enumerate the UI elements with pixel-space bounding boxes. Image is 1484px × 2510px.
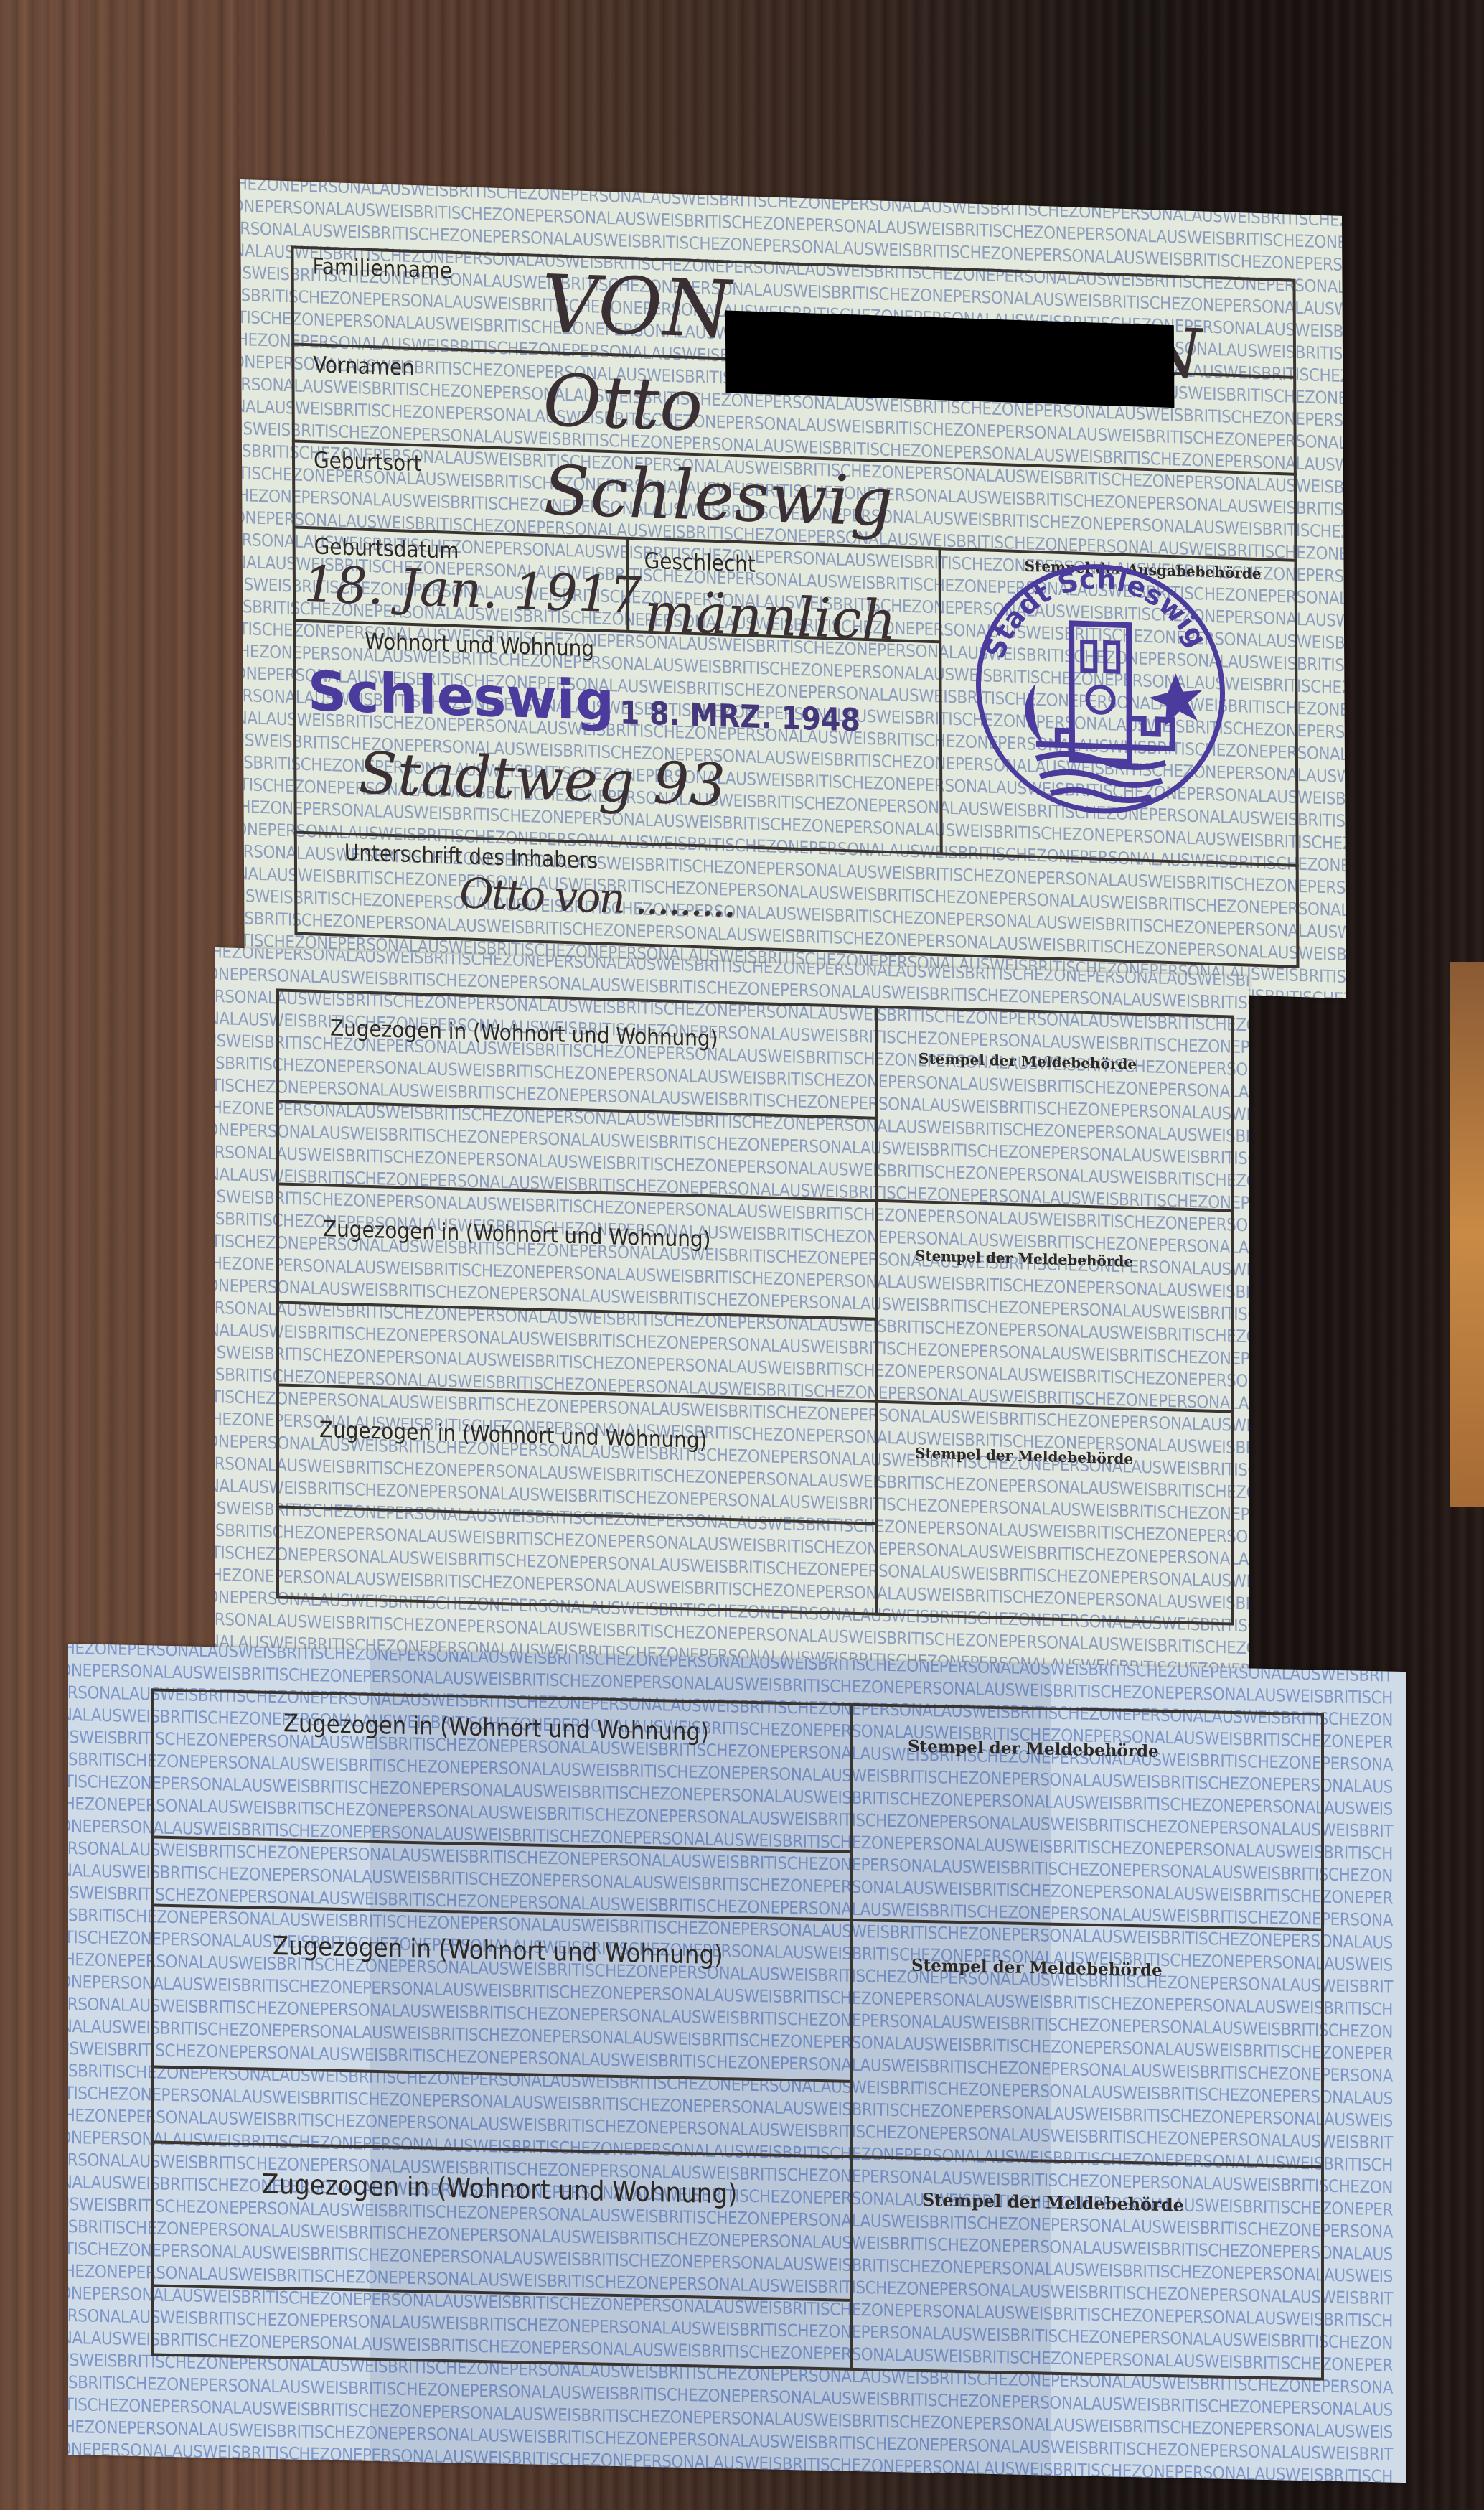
birthplace-value: Schleswig <box>543 451 893 542</box>
given-names-value: Otto <box>543 358 703 447</box>
birthdate-value: 18. Jan. 1917 <box>304 555 642 625</box>
surname-value-start: VON <box>542 258 732 356</box>
surname-label: Familienname <box>313 253 453 284</box>
holder-signature: Otto von ......... <box>459 868 734 927</box>
redaction-bar <box>725 310 1175 408</box>
sex-value: männlich <box>644 581 896 652</box>
residence-stamp-city: Schleswig <box>307 659 614 733</box>
column-divider <box>850 1703 853 2371</box>
wood-table-edge <box>1450 962 1484 1507</box>
column-divider <box>875 1006 878 1616</box>
id-card-page-address-changes-1: BRITISCHEZONEPERSONALAUSWEISBRITISCHEZON… <box>215 947 1249 1680</box>
form-frame <box>151 1688 1324 2380</box>
city-seal-stamp-icon: Stadt Schleswig <box>956 540 1244 837</box>
residence-street: Stadtweg 93 <box>358 739 726 818</box>
id-card-page-address-changes-2: BRITISCHEZONEPERSONALAUSWEISBRITISCHEZON… <box>68 1644 1406 2483</box>
sex-label: Geschlecht <box>644 548 756 578</box>
id-card-page-personal-data: BRITISCHEZONEPERSONALAUSWEISBRITISCHEZON… <box>240 179 1346 998</box>
birthplace-label: Geburtsort <box>314 447 422 477</box>
given-names-label: Vornamen <box>313 352 415 381</box>
